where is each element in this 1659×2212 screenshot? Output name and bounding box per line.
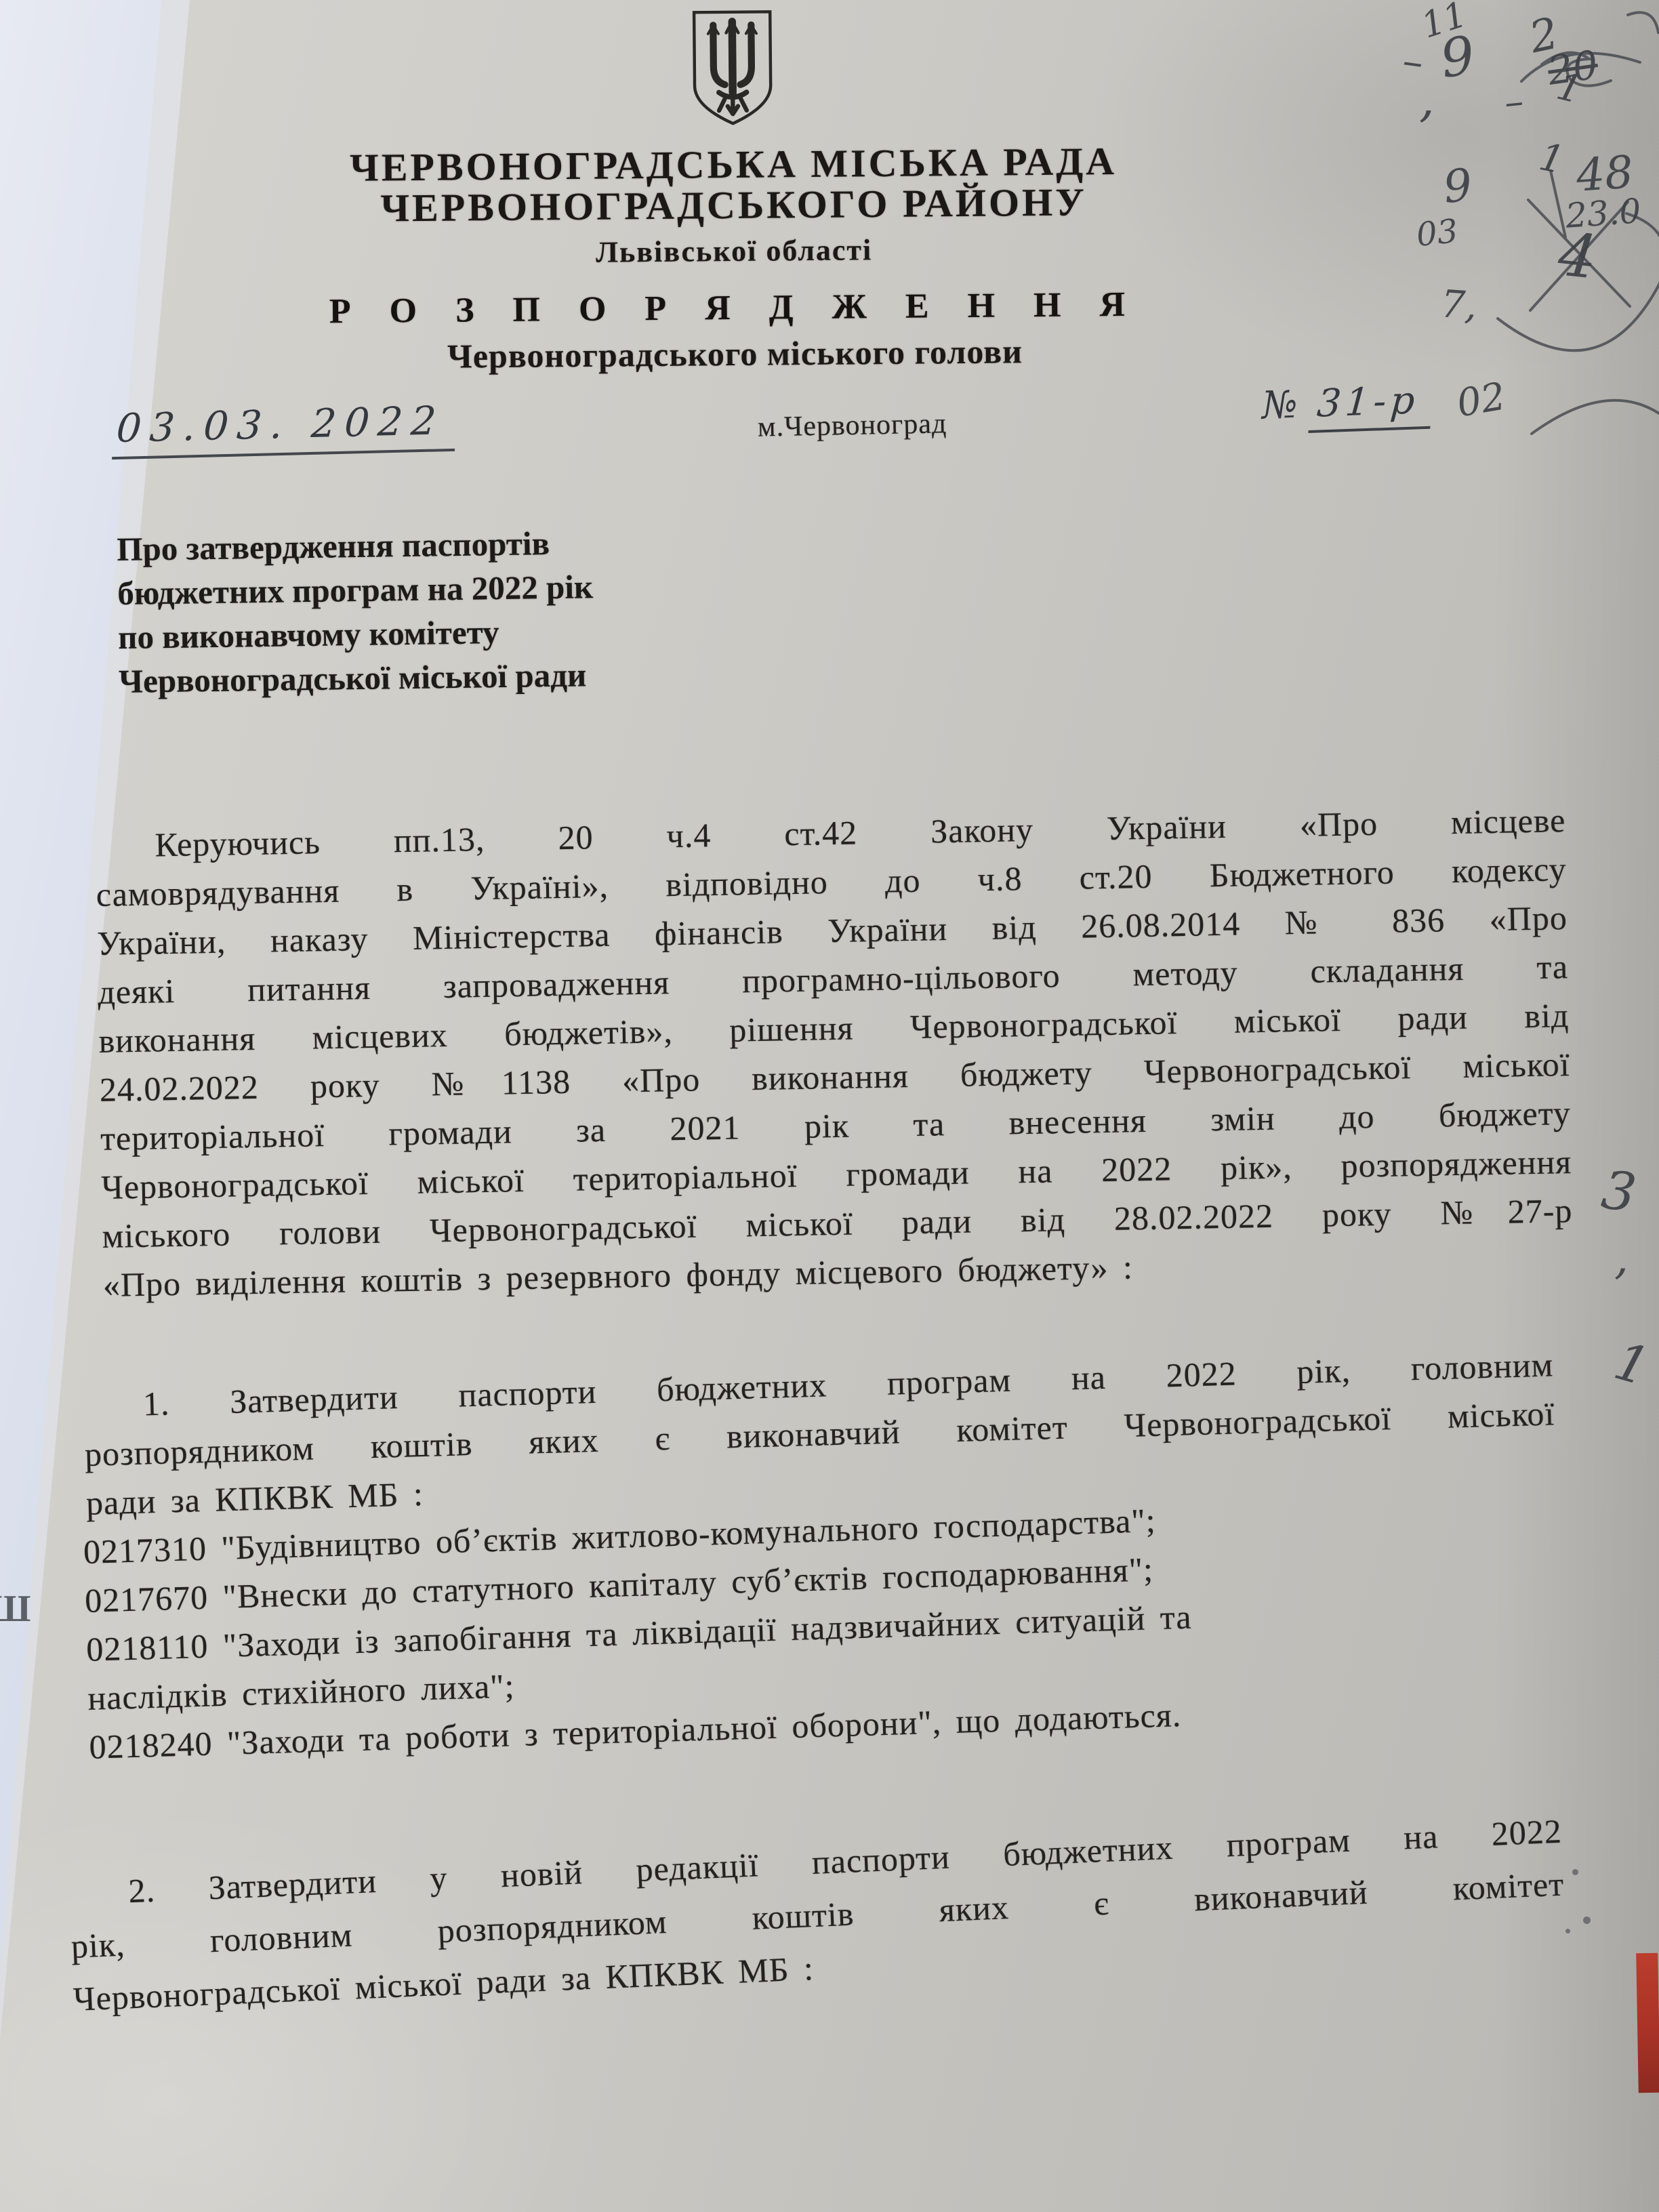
ink-speck (1565, 1929, 1570, 1933)
pen-mark: , (1614, 1232, 1629, 1284)
clipped-letter: Ш (0, 1587, 31, 1631)
document-type-title: Р О З П О Р Я Д Ж Е Н Н Я (111, 283, 1358, 333)
document-number: № 31-р (1261, 378, 1433, 435)
ink-speck (1583, 1917, 1591, 1924)
photo-of-document: { "header": { "emblem_icon": "ukraine-tr… (0, 0, 1659, 2212)
ukraine-trident-emblem (689, 9, 776, 126)
pen-mark: 48 (1574, 146, 1635, 202)
pen-mark: , (1419, 70, 1435, 127)
pen-mark: – (1399, 37, 1426, 86)
pen-mark: 1 (1536, 135, 1568, 183)
pen-mark: 1 (1553, 64, 1586, 113)
handwritten-number-value: 31-р (1308, 378, 1433, 434)
region-line: Львівської області (110, 229, 1357, 274)
item-2-paragraph: 2. Затвердити у новій редакції паспорти … (68, 1805, 1568, 2026)
pen-mark: 1 (1608, 1330, 1656, 1397)
program-code-list: 0217310 "Будівництво об’єктів житлово-ко… (83, 1484, 1560, 1771)
pen-mark: 2 (1525, 9, 1563, 64)
pen-mark: 20 (1545, 41, 1601, 94)
ink-speck (1572, 1869, 1578, 1875)
pen-mark: 9 (1441, 159, 1475, 213)
document-header: ЧЕРВОНОГРАДСЬКА МІСЬКА РАДА ЧЕРВОНОГРАДС… (108, 0, 1359, 378)
number-sign: № (1261, 383, 1298, 428)
preamble-paragraph: Керуючись пп.13, 20 ч.4 ст.42 Закону Укр… (95, 796, 1574, 1309)
document-issuer: Червоноградського міського голови (111, 329, 1358, 378)
pen-mark: 9 (1437, 25, 1479, 90)
pen-mark: 3 (1598, 1160, 1640, 1225)
pen-mark: 11 (1416, 0, 1471, 47)
text-line: Червоноградської міської ради (119, 649, 865, 703)
subject-block: Про затвердження паспортівбюджетних прог… (117, 517, 865, 703)
red-bookmark-edge (1636, 1953, 1659, 2093)
pen-mark: 03 (1414, 212, 1460, 254)
pen-mark: 02 (1454, 374, 1509, 426)
pen-mark: 4 (1555, 219, 1600, 292)
handwritten-date: 03.03. 2022 (112, 397, 458, 459)
pen-mark: – (1502, 79, 1526, 125)
pen-mark: 7, (1439, 282, 1479, 329)
pen-mark: 23.0 (1564, 191, 1642, 236)
city-label: м.Червоноград (758, 407, 947, 443)
